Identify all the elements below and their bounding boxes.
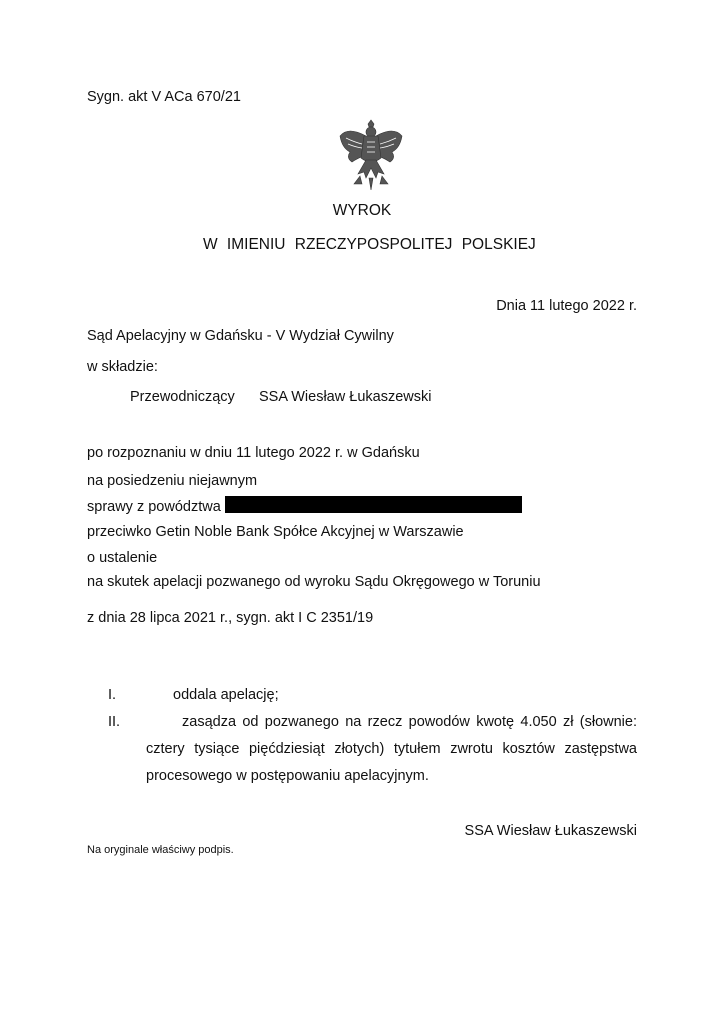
ruling-item-number: II.	[108, 713, 120, 731]
presiding-label: Przewodniczący	[130, 388, 235, 406]
document-subtitle: W IMIENIU RZECZYPOSPOLITEJ POLSKIEJ	[203, 236, 536, 254]
court-name: Sąd Apelacyjny w Gdańsku - V Wydział Cyw…	[87, 327, 394, 345]
ruling-item-text: zasądza od pozwanego na rzecz powodów kw…	[182, 713, 637, 731]
document-title: WYROK	[0, 202, 724, 220]
judge-signature: SSA Wiesław Łukaszewski	[465, 822, 637, 840]
body-line: przeciwko Getin Noble Bank Spółce Akcyjn…	[87, 523, 464, 541]
ruling-item-text: cztery tysiące pięćdziesiąt złotych) tyt…	[146, 740, 637, 758]
body-line: na posiedzeniu niejawnym	[87, 472, 257, 490]
footer-note: Na oryginale właściwy podpis.	[87, 843, 234, 857]
polish-eagle-emblem-icon	[336, 118, 406, 192]
body-line: na skutek apelacji pozwanego od wyroku S…	[87, 573, 541, 591]
body-line: sprawy z powództwa	[87, 498, 221, 516]
ruling-item-number: I.	[108, 686, 116, 704]
redaction-bar	[225, 496, 522, 513]
ruling-date: Dnia 11 lutego 2022 r.	[496, 297, 637, 315]
case-number: Sygn. akt V ACa 670/21	[87, 88, 241, 106]
body-line: po rozpoznaniu w dniu 11 lutego 2022 r. …	[87, 444, 420, 462]
body-line: o ustalenie	[87, 549, 157, 567]
presiding-judge: SSA Wiesław Łukaszewski	[259, 388, 431, 406]
ruling-item-text: procesowego w postępowaniu apelacyjnym.	[146, 767, 429, 785]
ruling-item-text: oddala apelację;	[173, 686, 279, 704]
composition-label: w składzie:	[87, 358, 158, 376]
body-line: z dnia 28 lipca 2021 r., sygn. akt I C 2…	[87, 609, 373, 627]
